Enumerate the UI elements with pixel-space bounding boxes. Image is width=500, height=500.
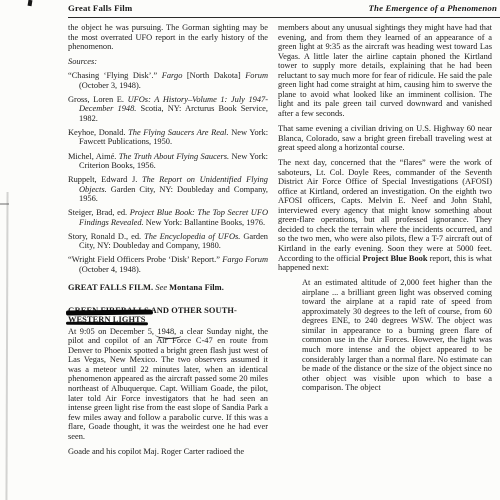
paragraph-intro: the object he was pursuing. The Gorman s… [68, 23, 268, 52]
source-item: “Wright Field Officers Probe ‘Disk’ Repo… [68, 255, 268, 274]
block-quote: At an estimated altitude of 2,000 feet h… [302, 278, 492, 393]
source-item: Gross, Loren E. UFOs: A History–Volume 1… [68, 95, 268, 124]
source-item: Keyhoe, Donald. The Flying Saucers Are R… [68, 128, 268, 147]
source-item: Ruppelt, Edward J. The Report on Unident… [68, 175, 268, 204]
header-right-title: The Emergence of a Phenomenon [369, 3, 497, 13]
cross-reference-entry: GREAT FALLS FILM. See Montana Film. [68, 283, 268, 293]
ink-margin-line [5, 192, 8, 500]
see-label: See [155, 283, 169, 292]
paragraph-continuation: members about any unusual sightings they… [278, 23, 492, 118]
header-left-title: Great Falls Film [68, 3, 132, 13]
ink-margin-tick [0, 203, 9, 205]
running-header: Great Falls Film The Emergence of a Phen… [68, 3, 500, 18]
ink-underlined-heading-text: WESTERN LIGHTS [68, 315, 146, 324]
text-columns: the object he was pursuing. The Gorman s… [68, 23, 492, 462]
entry-heading: GREEN FIREBALLS AND OTHER SOUTH-WESTERN … [68, 306, 268, 325]
ink-struck-heading-text: GREEN FIREBALLS [68, 306, 149, 315]
scanned-book-page: Great Falls Film The Emergence of a Phen… [0, 0, 500, 500]
ink-underlined-year: 1948, [157, 327, 176, 336]
paragraph-highway-sighting: That same evening a civilian driving on … [278, 124, 492, 153]
ink-tick-mark [28, 0, 33, 6]
paragraph-entry-body: At 9:05 on December 5, 1948, a clear Sun… [68, 327, 268, 442]
source-item: “Chasing ‘Flying Disk’.” Fargo [North Da… [68, 71, 268, 90]
project-blue-book-reference: Project Blue Book [363, 254, 428, 263]
sources-label: Sources: [68, 57, 268, 67]
source-item: Michel, Aimé. The Truth About Flying Sau… [68, 152, 268, 171]
paragraph-cutoff: Goade and his copilot Maj. Roger Carter … [68, 447, 268, 457]
source-item: Steiger, Brad, ed. Project Blue Book: Th… [68, 208, 268, 227]
left-column: the object he was pursuing. The Gorman s… [68, 23, 268, 462]
source-item: Story, Ronald D., ed. The Encyclopedia o… [68, 232, 268, 251]
paragraph-investigation: The next day, concerned that the “flares… [278, 158, 492, 273]
right-column: members about any unusual sightings they… [278, 23, 492, 462]
cross-reference-target: Montana Film. [169, 283, 224, 292]
cross-reference-term: GREAT FALLS FILM. [68, 283, 155, 292]
